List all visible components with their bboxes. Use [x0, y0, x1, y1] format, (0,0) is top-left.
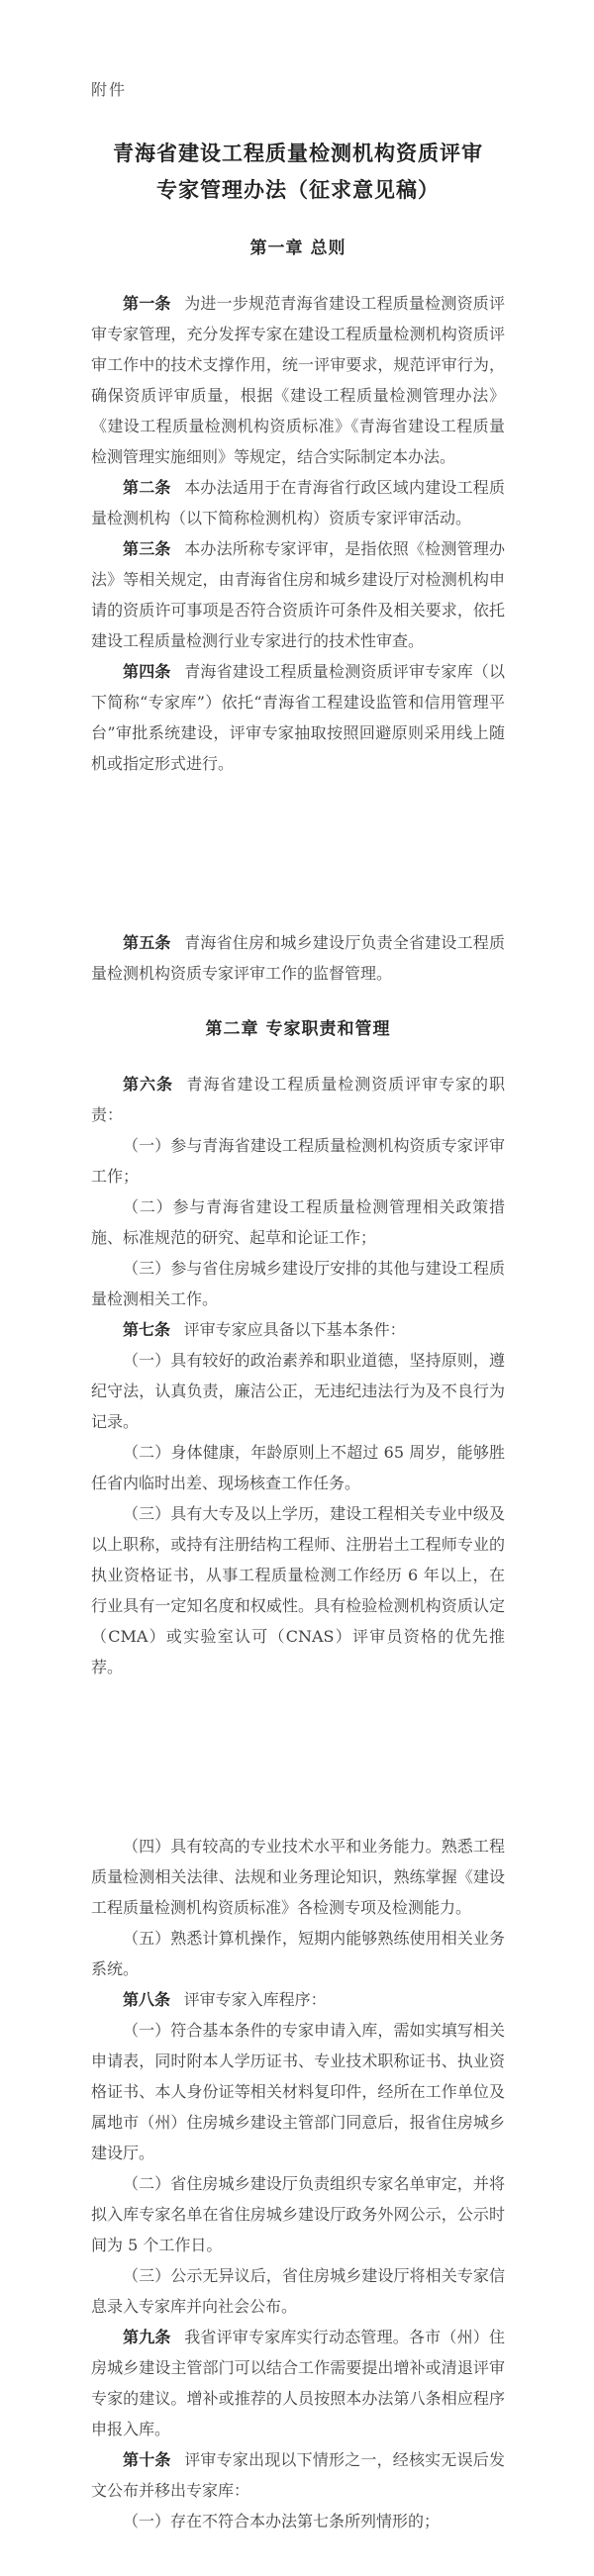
document-title-line-2: 专家管理办法（征求意见稿） — [156, 177, 440, 202]
article-paragraph: 第四条青海省建设工程质量检测资质评审专家库（以下简称“专家库”）依托“青海省工程… — [91, 656, 505, 779]
article-text: 为进一步规范青海省建设工程质量检测资质评审专家管理，充分发挥专家在建设工程质量检… — [91, 294, 505, 466]
article-label: 第一条 — [123, 294, 184, 313]
article-text: 评审专家入库程序： — [184, 1990, 327, 2009]
document-page-section: 第一章 总则第一条为进一步规范青海省建设工程质量检测资质评审专家管理，充分发挥专… — [91, 234, 505, 779]
article-label: 第七条 — [123, 1320, 184, 1339]
sub-item-paragraph: （三）公示无异议后，省住房城乡建设厅将相关专家信息录入专家库并向社会公布。 — [91, 2260, 505, 2322]
article-paragraph: 第六条青海省建设工程质量检测资质评审专家的职责： — [91, 1069, 505, 1130]
chapter-heading: 第二章 专家职责和管理 — [91, 1014, 505, 1045]
article-label: 第十条 — [123, 2450, 184, 2469]
sub-item-paragraph: （二）参与青海省建设工程质量检测管理相关政策措施、标准规范的研究、起草和论证工作… — [91, 1192, 505, 1253]
sub-item-paragraph: （五）熟悉计算机操作，短期内能够熟练使用相关业务系统。 — [91, 1923, 505, 1984]
chapter-heading: 第一章 总则 — [91, 234, 505, 264]
sub-item-paragraph: （一）符合基本条件的专家申请入库，需如实填写相关申请表，同时附本人学历证书、专业… — [91, 2015, 505, 2168]
sub-item-paragraph: （二）身体健康，年龄原则上不超过 65 周岁，能够胜任省内临时出差、现场核查工作… — [91, 1437, 505, 1498]
article-paragraph: 第九条我省评审专家库实行动态管理。各市（州）住房城乡建设主管部门可以结合工作需要… — [91, 2322, 505, 2444]
article-paragraph: 第八条评审专家入库程序： — [91, 1984, 505, 2015]
article-label: 第五条 — [123, 933, 184, 952]
sub-item-paragraph: （三）参与省住房城乡建设厅安排的其他与建设工程质量检测相关工作。 — [91, 1253, 505, 1314]
document-title-line-1: 青海省建设工程质量检测机构资质评审 — [113, 141, 483, 165]
article-paragraph: 第七条评审专家应具备以下基本条件： — [91, 1314, 505, 1345]
attachment-label: 附件 — [91, 75, 505, 105]
sub-item-paragraph: （四）具有较高的专业技术水平和业务能力。熟悉工程质量检测相关法律、法规和业务理论… — [91, 1831, 505, 1923]
sub-item-paragraph: （一）存在不符合本办法第七条所列情形的； — [91, 2506, 505, 2536]
article-label: 第八条 — [123, 1990, 184, 2009]
document-page-section: （四）具有较高的专业技术水平和业务能力。熟悉工程质量检测相关法律、法规和业务理论… — [91, 1831, 505, 2536]
document-page-section: 第五条青海省住房和城乡建设厅负责全省建设工程质量检测机构资质专家评审工作的监督管… — [91, 927, 505, 1682]
sub-item-paragraph: （三）具有大专及以上学历，建设工程相关专业中级及以上职称，或持有注册结构工程师、… — [91, 1498, 505, 1682]
article-paragraph: 第二条本办法适用于在青海省行政区域内建设工程质量检测机构（以下简称检测机构）资质… — [91, 472, 505, 533]
article-paragraph: 第一条为进一步规范青海省建设工程质量检测资质评审专家管理，充分发挥专家在建设工程… — [91, 288, 505, 472]
article-text: 评审专家应具备以下基本条件： — [184, 1320, 406, 1339]
document-page: 附件 青海省建设工程质量检测机构资质评审 专家管理办法（征求意见稿） 第一章 总… — [0, 0, 594, 2576]
sub-item-paragraph: （一）参与青海省建设工程质量检测机构资质专家评审工作； — [91, 1130, 505, 1192]
article-label: 第二条 — [123, 478, 184, 497]
article-label: 第六条 — [123, 1075, 187, 1094]
article-paragraph: 第十条评审专家出现以下情形之一，经核实无误后发文公布并移出专家库： — [91, 2444, 505, 2506]
sub-item-paragraph: （二）省住房城乡建设厅负责组织专家名单审定，并将拟入库专家名单在省住房城乡建设厅… — [91, 2168, 505, 2260]
document-title: 青海省建设工程质量检测机构资质评审 专家管理办法（征求意见稿） — [91, 135, 505, 208]
document-body: 第一章 总则第一条为进一步规范青海省建设工程质量检测资质评审专家管理，充分发挥专… — [91, 234, 505, 2536]
article-paragraph: 第五条青海省住房和城乡建设厅负责全省建设工程质量检测机构资质专家评审工作的监督管… — [91, 927, 505, 989]
article-label: 第九条 — [123, 2328, 184, 2346]
article-label: 第三条 — [123, 539, 184, 558]
article-label: 第四条 — [123, 662, 184, 681]
article-paragraph: 第三条本办法所称专家评审，是指依照《检测管理办法》等相关规定，由青海省住房和城乡… — [91, 533, 505, 656]
sub-item-paragraph: （一）具有较好的政治素养和职业道德，坚持原则，遵纪守法，认真负责，廉洁公正，无违… — [91, 1345, 505, 1437]
